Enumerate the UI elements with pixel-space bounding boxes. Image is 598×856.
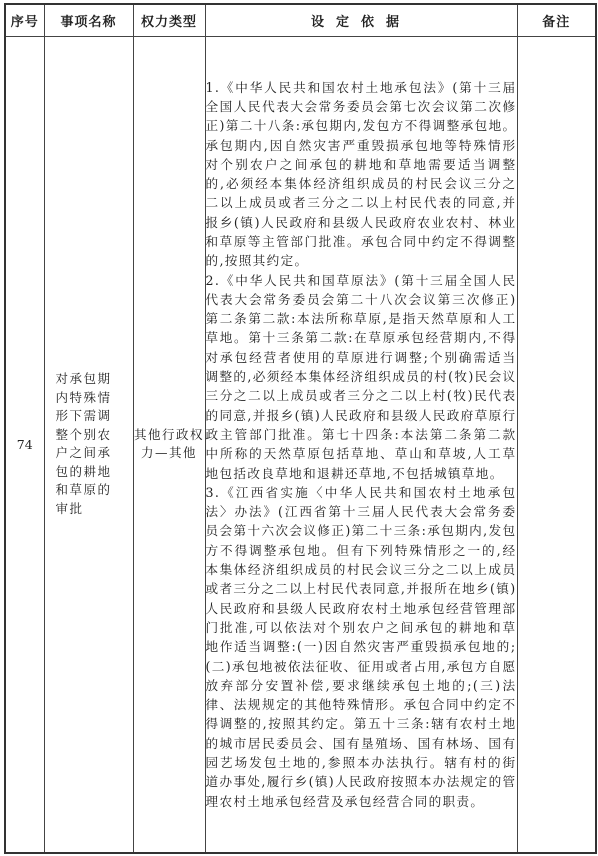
basis-paragraph-1: 1.《中华人民共和国农村土地承包法》(第十三届全国人民代表大会常务委员会第七次会… [206, 78, 517, 271]
power-type-cell: 其他行政权力—其他 [133, 37, 205, 853]
header-note: 备注 [517, 4, 596, 37]
note-cell [517, 37, 596, 853]
header-type: 权力类型 [133, 4, 205, 37]
power-list-table: 序号 事项名称 权力类型 设定依据 备注 74 对承包期内特殊情形下需调整个别农… [4, 3, 597, 854]
seq-cell: 74 [5, 37, 44, 853]
basis-paragraph-2: 2.《中华人民共和国草原法》(第十三届全国人民代表大会常务委员会第二十八次会议第… [206, 271, 517, 483]
header-basis: 设定依据 [205, 4, 517, 37]
item-name-text: 对承包期内特殊情形下需调整个别农户之间承包的耕地和草原的审批 [56, 370, 122, 518]
header-row: 序号 事项名称 权力类型 设定依据 备注 [5, 4, 596, 37]
header-seq: 序号 [5, 4, 44, 37]
header-name: 事项名称 [44, 4, 133, 37]
basis-paragraph-3: 3.《江西省实施〈中华人民共和国农村土地承包法〉办法》(江西省第十三届人民代表大… [206, 483, 517, 811]
basis-cell: 1.《中华人民共和国农村土地承包法》(第十三届全国人民代表大会常务委员会第七次会… [205, 37, 517, 853]
table-row: 74 对承包期内特殊情形下需调整个别农户之间承包的耕地和草原的审批 其他行政权力… [5, 37, 596, 853]
item-name-cell: 对承包期内特殊情形下需调整个别农户之间承包的耕地和草原的审批 [44, 37, 133, 853]
